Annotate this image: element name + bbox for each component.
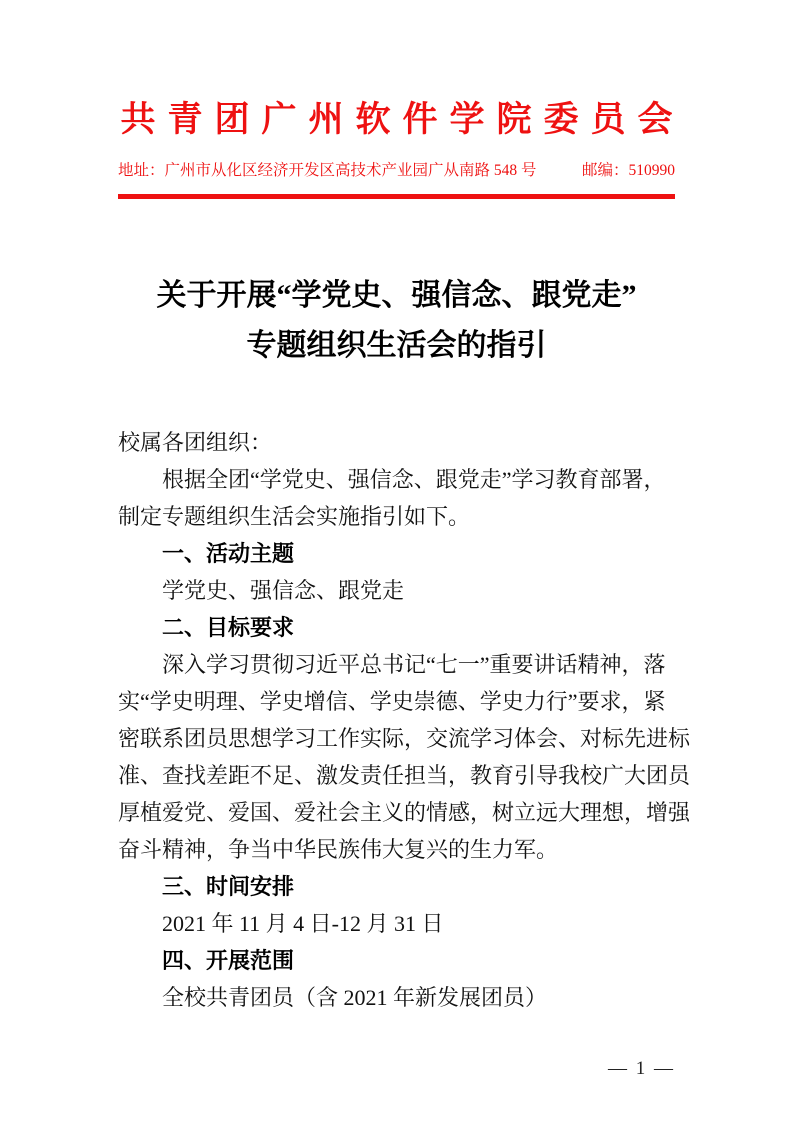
section-heading-4: 四、开展范围 [118, 942, 675, 979]
document-title-line-2: 专题组织生活会的指引 [118, 321, 675, 371]
document-title: 关于开展“学党史、强信念、跟党走” 专题组织生活会的指引 [118, 271, 675, 371]
organization-name: 共青团广州软件学院委员会 [118, 98, 687, 142]
body-line: 制定专题组织生活会实施指引如下。 [118, 498, 675, 535]
letterhead-contact-row: 地址：广州市从化区经济开发区高技术产业园广从南路 548 号 邮编：510990 [118, 161, 675, 181]
body-line: 实“学史明理、学史增信、学史崇德、学史力行”要求，紧 [118, 683, 675, 720]
document-page: 共青团广州软件学院委员会 地址：广州市从化区经济开发区高技术产业园广从南路 54… [0, 0, 793, 1122]
letterhead-address: 地址：广州市从化区经济开发区高技术产业园广从南路 548 号 [118, 161, 537, 181]
body-line-date-range: 2021 年 11 月 4 日-12 月 31 日 [118, 905, 675, 942]
letterhead-divider-rule [118, 194, 675, 199]
section-heading-2: 二、目标要求 [118, 609, 675, 646]
document-body: 校属各团组织： 根据全团“学党史、强信念、跟党走”学习教育部署， 制定专题组织生… [118, 424, 675, 1016]
body-line: 根据全团“学党史、强信念、跟党走”学习教育部署， [118, 461, 675, 498]
body-line: 准、查找差距不足、激发责任担当，教育引导我校广大团员 [118, 757, 675, 794]
page-number: — 1 — [118, 1058, 675, 1080]
letterhead: 共青团广州软件学院委员会 地址：广州市从化区经济开发区高技术产业园广从南路 54… [118, 98, 675, 199]
document-title-line-1: 关于开展“学党史、强信念、跟党走” [118, 271, 675, 321]
section-heading-3: 三、时间安排 [118, 868, 675, 905]
body-line: 厚植爱党、爱国、爱社会主义的情感，树立远大理想，增强 [118, 794, 675, 831]
body-line: 奋斗精神，争当中华民族伟大复兴的生力军。 [118, 831, 675, 868]
body-line: 学党史、强信念、跟党走 [118, 572, 675, 609]
section-heading-1: 一、活动主题 [118, 535, 675, 572]
body-line: 深入学习贯彻习近平总书记“七一”重要讲话精神，落 [118, 646, 675, 683]
letterhead-postcode: 邮编：510990 [582, 161, 675, 181]
body-line-salutation: 校属各团组织： [118, 424, 675, 461]
body-line: 密联系团员思想学习工作实际，交流学习体会、对标先进标 [118, 720, 675, 757]
body-line-scope: 全校共青团员（含 2021 年新发展团员） [118, 979, 675, 1016]
